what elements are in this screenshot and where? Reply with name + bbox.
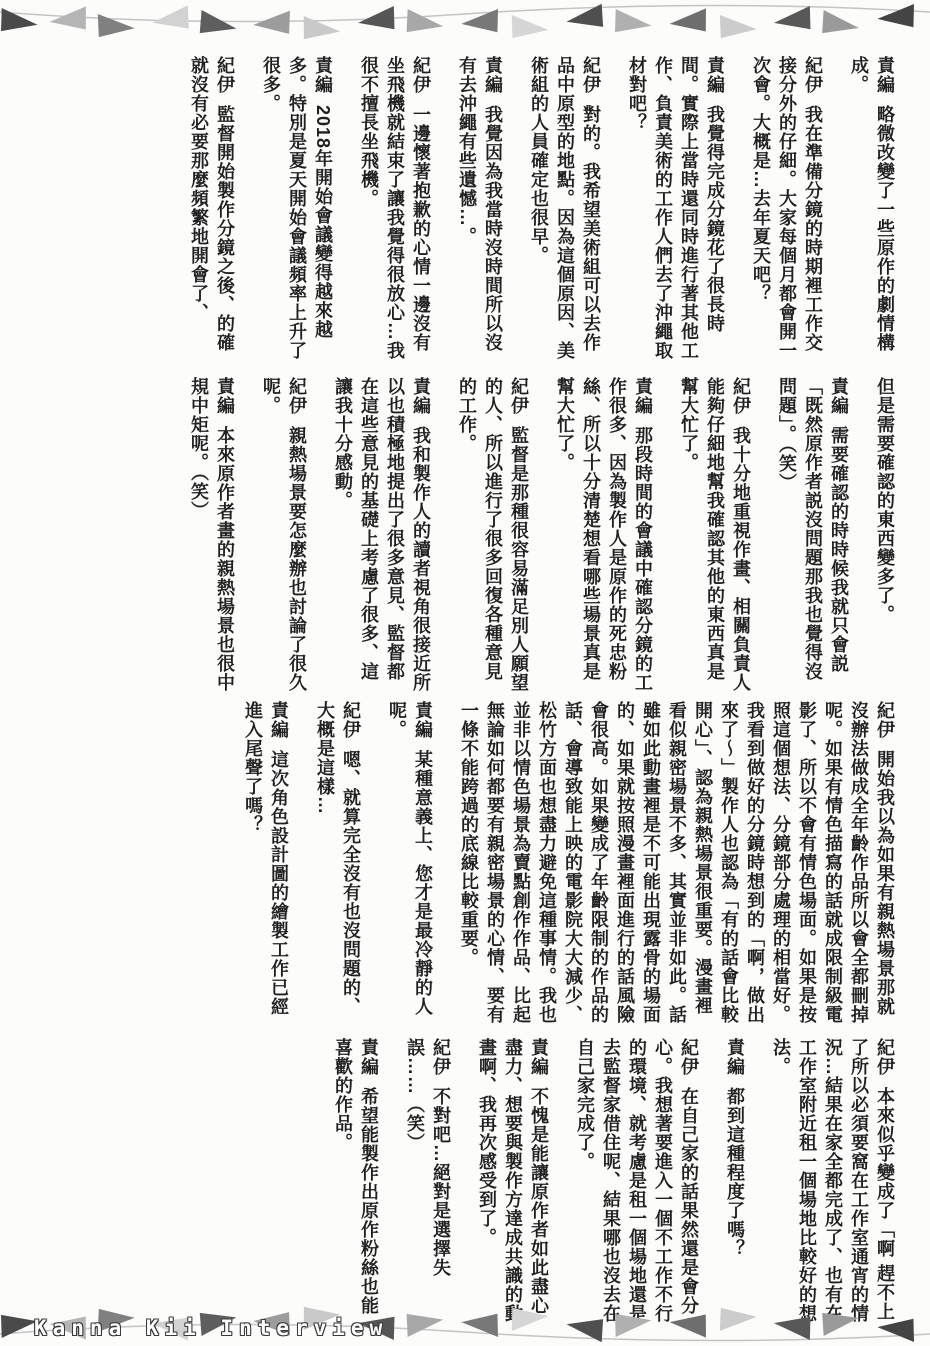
speaker-label: 責編 <box>269 701 289 750</box>
speech: 紀伊我十分地重視作畫、相關負責人能夠仔細地幫我確認其他的東西真是幫大忙了。 <box>676 377 754 695</box>
speaker-label: 紀伊 <box>341 701 361 750</box>
speaker-label: 責編 <box>705 56 725 105</box>
speaker-label: 紀伊 <box>679 1038 699 1087</box>
speech: 責編略微改變了一些原作的劇情構成。 <box>846 56 898 370</box>
speech: 紀伊我在準備分鏡的時期裡工作交接分外的仔細。大家每個月都會開一次會。大概是…去年… <box>748 56 826 370</box>
text-band-4: 紀伊本來似乎變成了「啊 趕不上了所以必須要窩在工作室通宵的情況…結果在家全都完成… <box>42 1038 898 1326</box>
footer-interview-title: Kanna Kii Interview <box>34 1316 388 1340</box>
speech: 責編我和製作人的讀者視角很接近所以也積極地提出了很多意見、監督都在這些意見的基礎… <box>330 377 434 695</box>
speaker-label: 紀伊 <box>875 1038 895 1087</box>
speaker-label: 責編 <box>875 56 895 105</box>
interview-text-area: 責編略微改變了一些原作的劇情構成。 紀伊我在準備分鏡的時期裡工作交接分外的仔細。… <box>42 56 898 1326</box>
speech-text: 開始我以為如果有親熱場景那就沒辦法做成全年齡作品所以會全都刪掉呢。如果有情色描寫… <box>459 701 895 1024</box>
speech: 紀伊監督是那種很容易滿足別人願望的人、所以進行了很多回復各種意見的工作。 <box>454 377 532 695</box>
speaker-label: 責編 <box>633 377 653 426</box>
speaker-label: 紀伊 <box>287 377 307 426</box>
speaker-label: 責編 <box>413 701 433 750</box>
speech: 責編我覺因為我當時沒時間所以沒有去沖繩有些遺憾…。 <box>454 56 506 370</box>
text-band-1: 責編略微改變了一些原作的劇情構成。 紀伊我在準備分鏡的時期裡工作交接分外的仔細。… <box>42 56 898 370</box>
speaker-label: 責編 <box>411 377 431 426</box>
speaker-label: 責編 <box>313 56 333 105</box>
speaker-label: 紀伊 <box>215 56 235 105</box>
text-band-3: 紀伊開始我以為如果有親熱場景那就沒辦法做成全年齡作品所以會全都刪掉呢。如果有情色… <box>42 701 898 1033</box>
text-band-2: 但是需要確認的東西變多了。 責編需要確認的時時候我就只會説「既然原作者説沒問題那… <box>42 377 898 695</box>
speaker-label: 責編 <box>829 377 849 426</box>
speech: 紀伊對的。我希望美術組可以去作品中原型的地點。因為這個原因、美術組的人員確定也很… <box>526 56 604 370</box>
speaker-label: 紀伊 <box>509 377 529 426</box>
interview-page: { "page": { "background": "#fcfcfb", "in… <box>0 0 930 1346</box>
speech: 紀伊開始我以為如果有親熱場景那就沒辦法做成全年齡作品所以會全都刪掉呢。如果有情色… <box>456 701 898 1033</box>
speaker-label: 責編 <box>359 1038 379 1087</box>
speech: 紀伊嗯、就算完全沒有也沒問題的、大概是這樣… <box>312 701 364 1033</box>
pennant-flags <box>0 4 916 44</box>
speaker-label: 紀伊 <box>581 56 601 105</box>
speech: 責編本來原作者畫的親熱場景也很中規中矩呢。（笑） <box>186 377 238 695</box>
speaker-label: 紀伊 <box>411 56 431 105</box>
speech-continuation: 但是需要確認的東西變多了。 <box>872 377 898 695</box>
speech: 責編不愧是能讓原作者如此盡心盡力、想要與製作方達成共識的動畫啊、我再次感受到了。 <box>474 1038 552 1326</box>
speaker-label: 紀伊 <box>731 377 751 426</box>
speaker-label: 紀伊 <box>875 701 895 750</box>
speech: 責編那段時間的會議中確認分鏡的工作很多、因為製作人是原作的死忠粉絲、所以十分清楚… <box>552 377 656 695</box>
speech: 責編這次角色設計圖的繪製工作已經進入尾聲了嗎？ <box>240 701 292 1033</box>
speech: 紀伊本來似乎變成了「啊 趕不上了所以必須要窩在工作室通宵的情況…結果在家全都完成… <box>768 1038 898 1326</box>
speech-text: 都到這種程度了嗎？ <box>725 1087 745 1258</box>
speaker-label: 紀伊 <box>431 1038 451 1087</box>
speech: 責編希望能製作出原作粉絲也能喜歡的作品。 <box>330 1038 382 1326</box>
bunting-top-decoration <box>0 0 930 52</box>
speaker-label: 紀伊 <box>803 56 823 105</box>
speech: 紀伊一邊懷著抱歉的心情一邊沒有坐飛機就結束了讓我覺得很放心…我很不擅長坐飛機。 <box>356 56 434 370</box>
speaker-label: 責編 <box>725 1038 745 1087</box>
speech: 責編都到這種程度了嗎？ <box>722 1038 748 1326</box>
speaker-label: 責編 <box>483 56 503 105</box>
speaker-label: 責編 <box>529 1038 549 1087</box>
speech: 紀伊親熱場景要怎麼辦也討論了很久呢。 <box>258 377 310 695</box>
speech: 紀伊不對吧…絕對是選擇失誤……（笑） <box>402 1038 454 1326</box>
speech: 紀伊監督開始製作分鏡之後、的確就沒有必要那麼頻繁地開會了、 <box>186 56 238 370</box>
speech: 責編2018年開始會議變得越來越多。特別是夏天開始會議頻率上升了很多。 <box>258 56 336 370</box>
speech-text: 但是需要確認的東西變多了。 <box>875 377 895 624</box>
speech: 紀伊在自己家的話果然還是會分心。我想著要進入一個不工作不行的環境、就考慮是租一個… <box>572 1038 702 1326</box>
speech: 責編需要確認的時時候我就只會説「既然原作者説沒問題那我也覺得沒問題」。（笑） <box>774 377 852 695</box>
speech: 責編某種意義上、您才是最冷靜的人呢。 <box>384 701 436 1033</box>
speaker-label: 責編 <box>215 377 235 426</box>
speech: 責編我覺得完成分鏡花了很長時間。實際上當時還同時進行著其他工作、負責美術的工作人… <box>624 56 728 370</box>
